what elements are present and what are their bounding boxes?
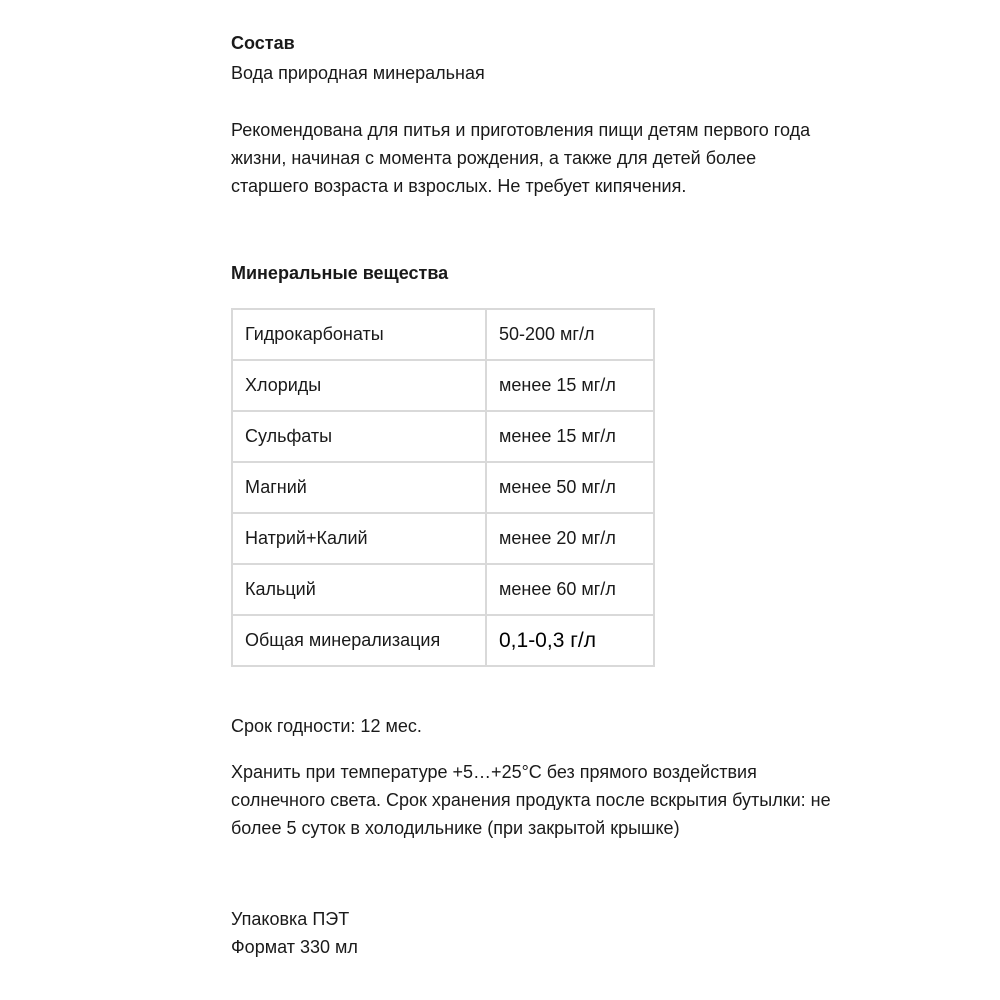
mineral-value: 50-200 мг/л <box>486 309 654 360</box>
packaging-text: Упаковка ПЭТ <box>231 905 349 933</box>
mineral-value: менее 60 мг/л <box>486 564 654 615</box>
table-row: Сульфатыменее 15 мг/л <box>232 411 654 462</box>
composition-title: Состав <box>231 31 295 55</box>
table-row: Кальцийменее 60 мг/л <box>232 564 654 615</box>
shelf-life-text: Срок годности: 12 мес. <box>231 712 422 740</box>
mineral-name: Натрий+Калий <box>232 513 486 564</box>
table-row: Гидрокарбонаты50-200 мг/л <box>232 309 654 360</box>
mineral-name: Кальций <box>232 564 486 615</box>
table-row: Общая минерализация0,1-0,3 г/л <box>232 615 654 666</box>
mineral-name: Хлориды <box>232 360 486 411</box>
mineral-name: Сульфаты <box>232 411 486 462</box>
mineral-value: менее 15 мг/л <box>486 411 654 462</box>
table-row: Хлоридыменее 15 мг/л <box>232 360 654 411</box>
mineral-value: менее 15 мг/л <box>486 360 654 411</box>
table-row: Магнийменее 50 мг/л <box>232 462 654 513</box>
minerals-table: Гидрокарбонаты50-200 мг/лХлоридыменее 15… <box>231 308 655 667</box>
recommendation-text: Рекомендована для питья и приготовления … <box>231 116 821 200</box>
format-text: Формат 330 мл <box>231 933 358 961</box>
mineral-value: 0,1-0,3 г/л <box>486 615 654 666</box>
mineral-name: Магний <box>232 462 486 513</box>
mineral-value: менее 20 мг/л <box>486 513 654 564</box>
minerals-title: Минеральные вещества <box>231 261 448 285</box>
mineral-value: менее 50 мг/л <box>486 462 654 513</box>
mineral-name: Общая минерализация <box>232 615 486 666</box>
composition-text: Вода природная минеральная <box>231 59 485 87</box>
table-row: Натрий+Калийменее 20 мг/л <box>232 513 654 564</box>
mineral-name: Гидрокарбонаты <box>232 309 486 360</box>
storage-text: Хранить при температуре +5…+25°С без пря… <box>231 758 831 842</box>
